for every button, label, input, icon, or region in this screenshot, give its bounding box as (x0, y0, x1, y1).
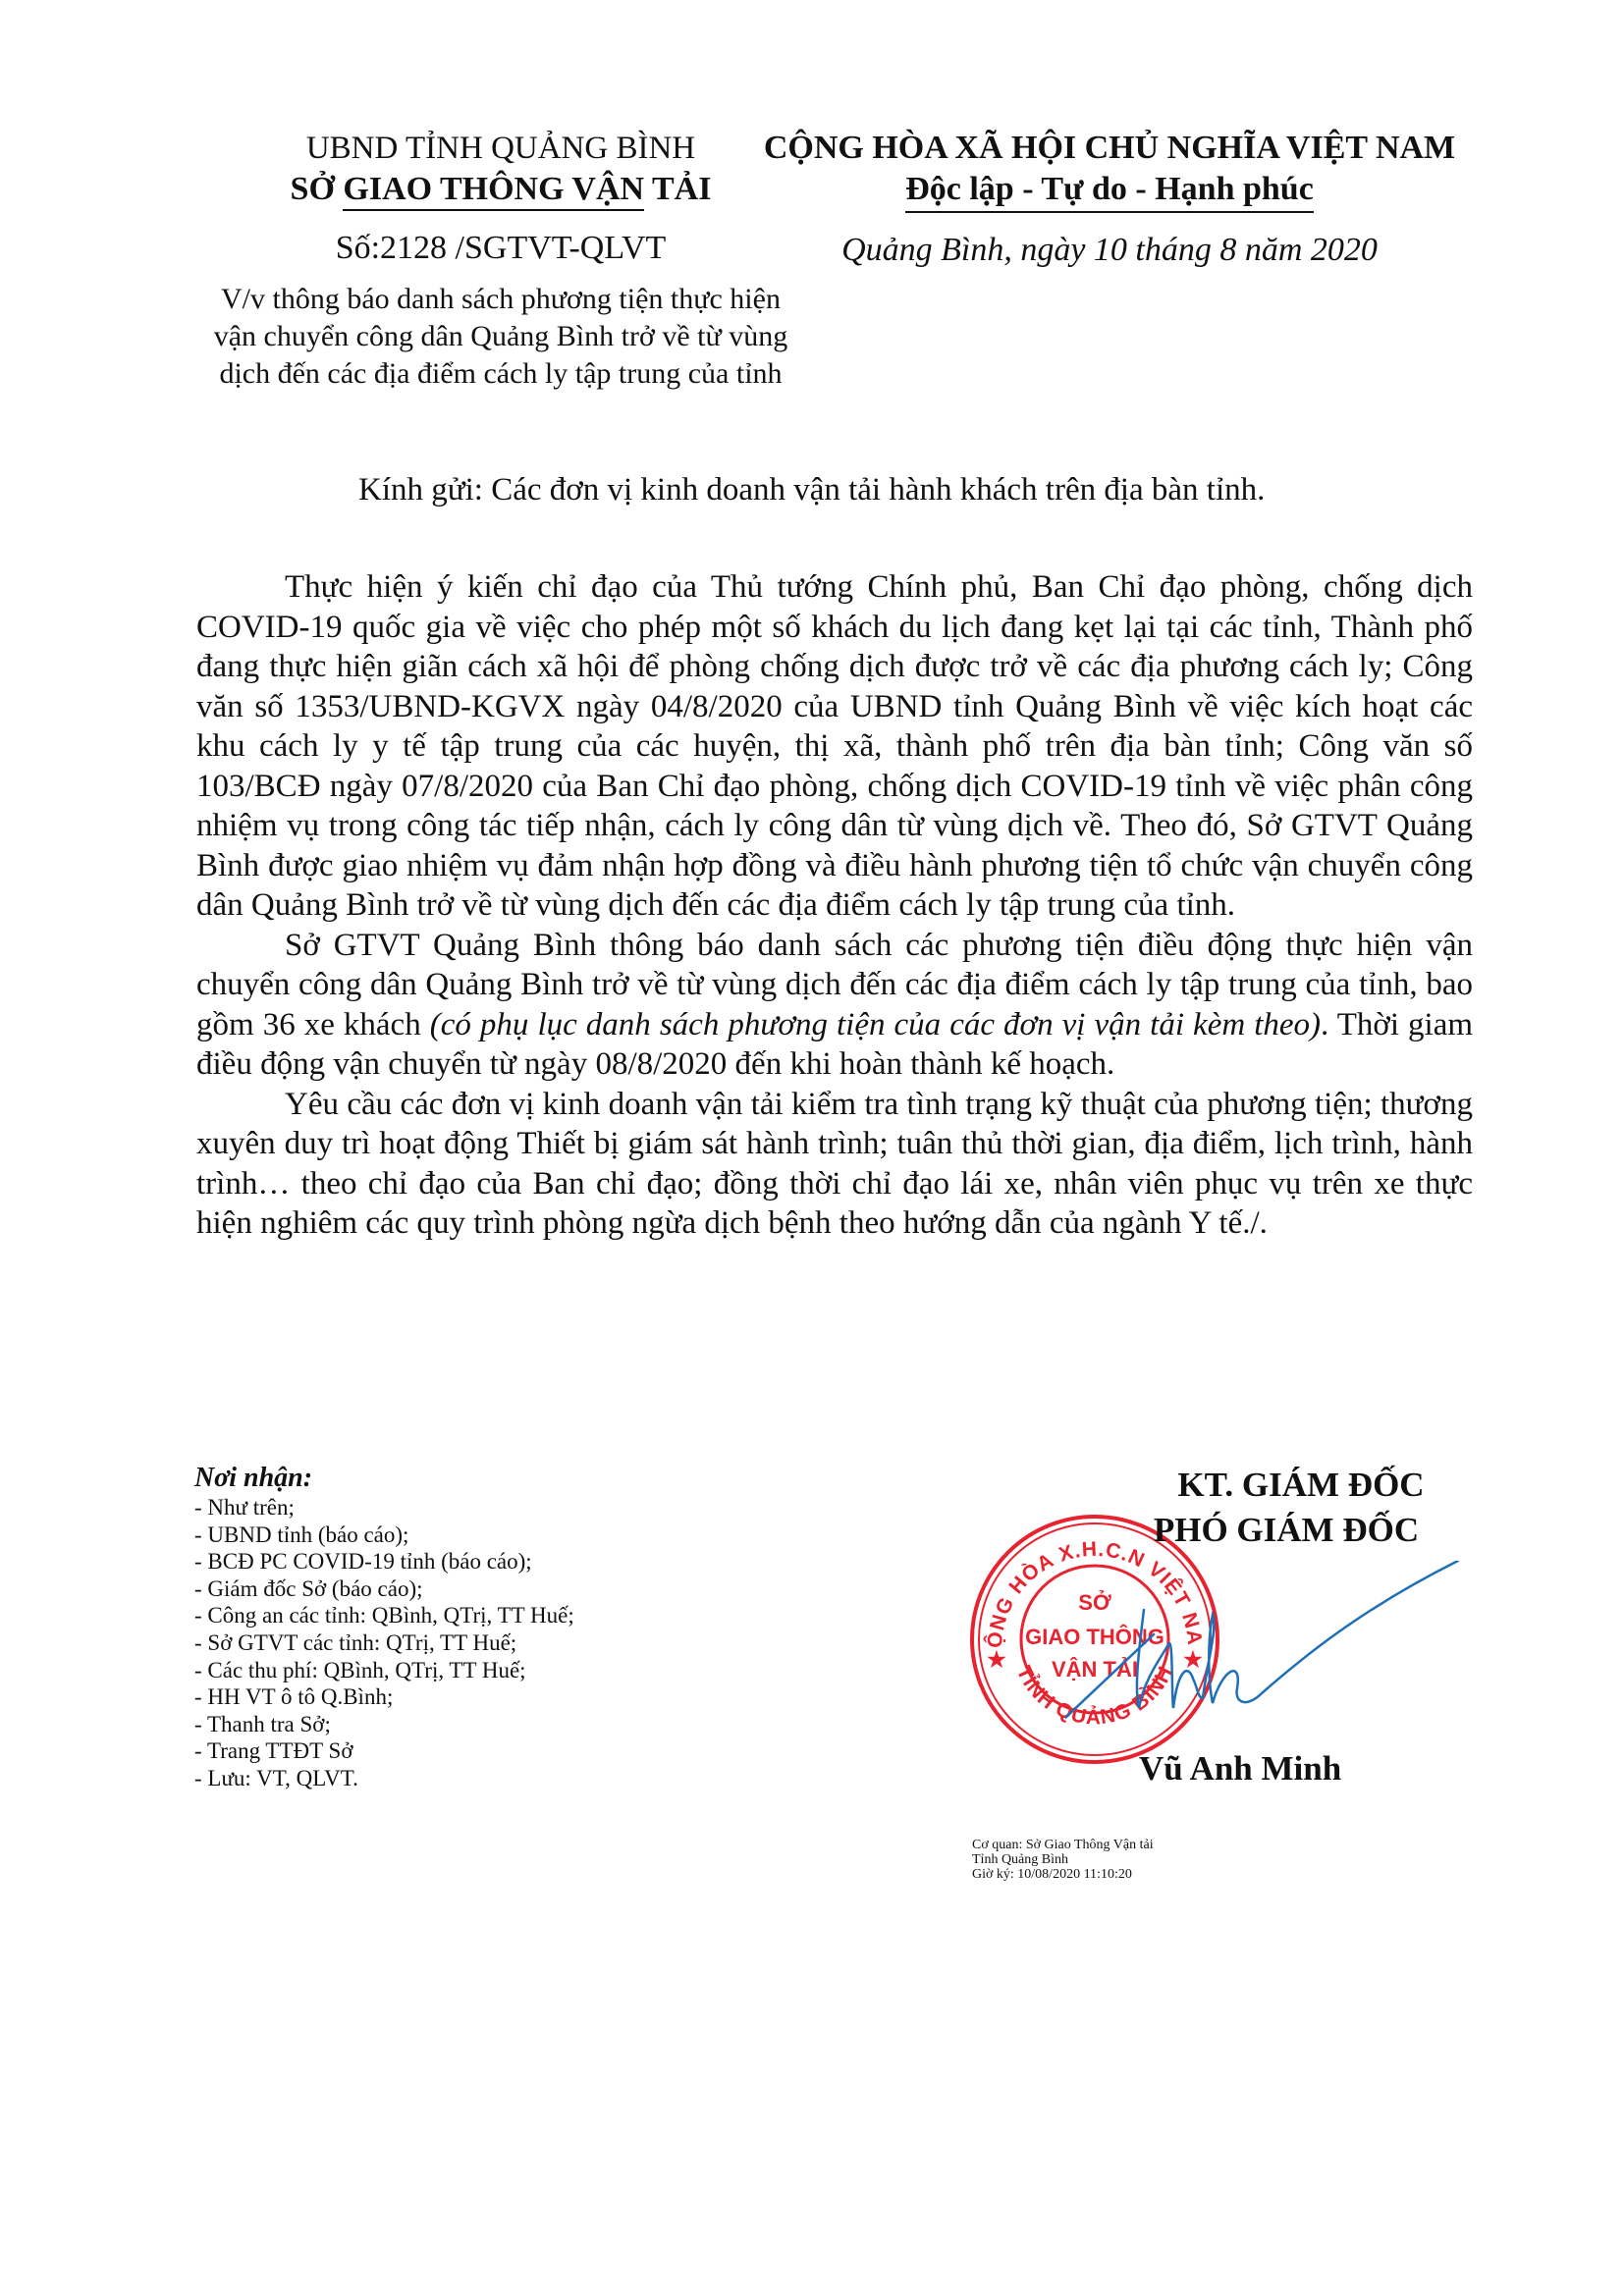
recipient-item: - UBND tỉnh (báo cáo); (194, 1522, 744, 1549)
recipient-item: - HH VT ô tô Q.Bình; (194, 1683, 744, 1711)
recipients-title: Nơi nhận: (194, 1463, 744, 1494)
recipients-list: Nơi nhận: - Như trên; - UBND tỉnh (báo c… (194, 1463, 744, 1792)
digital-signature-province: Tỉnh Quảng Bình (972, 1852, 1154, 1867)
body-paragraph: Yêu cầu các đơn vị kinh doanh vận tải ki… (196, 1085, 1473, 1244)
recipient-item: - Như trên; (194, 1494, 744, 1522)
document-body: Thực hiện ý kiến chỉ đạo của Thủ tướng C… (196, 567, 1473, 1244)
recipient-item: - BCĐ PC COVID-19 tỉnh (báo cáo); (194, 1548, 744, 1575)
recipient-item: - Sở GTVT các tỉnh: QTrị, TT Huế; (194, 1629, 744, 1657)
recipient-item: - Thanh tra Sở; (194, 1711, 744, 1738)
recipient-item: - Trang TTĐT Sở (194, 1737, 744, 1765)
handwritten-signature-icon (1065, 1561, 1468, 1757)
place-date: Quảng Bình, ngày 10 tháng 8 năm 2020 (717, 230, 1502, 271)
body-paragraph: Sở GTVT Quảng Bình thông báo danh sách c… (196, 926, 1473, 1085)
svg-text:★: ★ (987, 1647, 1006, 1672)
national-motto: Độc lập - Tự do - Hạnh phúc (717, 169, 1502, 210)
national-title: CỘNG HÒA XÃ HỘI CHỦ NGHĨA VIỆT NAM (717, 128, 1502, 169)
recipient-item: - Công an các tỉnh: QBình, QTrị, TT Huế; (194, 1602, 744, 1629)
document-subject: V/v thông báo danh sách phương tiện thực… (187, 281, 815, 393)
signature-role-line: KT. GIÁM ĐỐC (1139, 1463, 1463, 1508)
digital-signature-info: Cơ quan: Sở Giao Thông Vận tải Tỉnh Quản… (972, 1838, 1154, 1882)
signature-position-line: PHÓ GIÁM ĐỐC (1110, 1508, 1463, 1553)
signature-title-block: KT. GIÁM ĐỐC PHÓ GIÁM ĐỐC (1110, 1463, 1463, 1553)
addressee: Kính gửi: Các đơn vị kinh doanh vận tải … (358, 469, 1265, 510)
digital-signature-agency: Cơ quan: Sở Giao Thông Vận tải (972, 1838, 1154, 1852)
national-header: CỘNG HÒA XÃ HỘI CHỦ NGHĨA VIỆT NAM Độc l… (717, 128, 1502, 271)
recipient-item: - Các thu phí: QBình, QTrị, TT Huế; (194, 1657, 744, 1684)
body-paragraph: Thực hiện ý kiến chỉ đạo của Thủ tướng C… (196, 567, 1473, 926)
recipient-item: - Giám đốc Sở (báo cáo); (194, 1575, 744, 1603)
digital-signature-time: Giờ ký: 10/08/2020 11:10:20 (972, 1867, 1154, 1882)
signer-name: Vũ Anh Minh (1139, 1749, 1341, 1789)
recipient-item: - Lưu: VT, QLVT. (194, 1765, 744, 1792)
